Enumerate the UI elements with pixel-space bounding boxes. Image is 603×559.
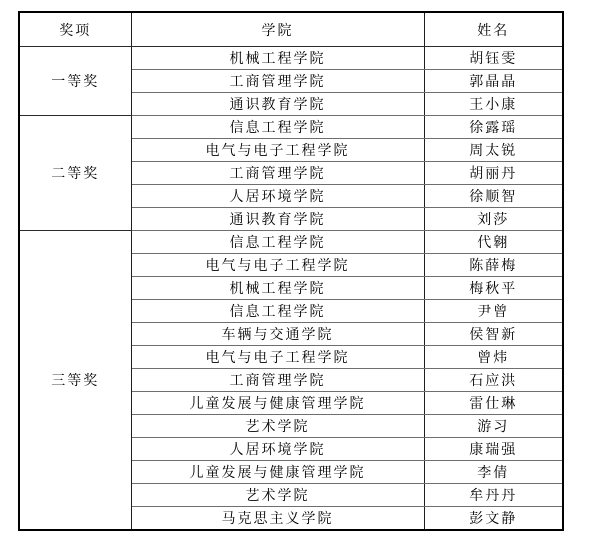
college-cell: 电气与电子工程学院 [131,139,424,162]
header-college: 学院 [131,12,424,47]
college-cell: 人居环境学院 [131,185,424,208]
college-cell: 工商管理学院 [131,369,424,392]
name-cell: 陈薛梅 [424,254,563,277]
name-cell: 康瑞强 [424,438,563,461]
college-cell: 信息工程学院 [131,300,424,323]
table-row: 三等奖信息工程学院代翱 [19,231,563,254]
college-cell: 信息工程学院 [131,231,424,254]
table-header-row: 奖项 学院 姓名 [19,12,563,47]
name-cell: 胡钰雯 [424,47,563,70]
header-name: 姓名 [424,12,563,47]
college-cell: 儿童发展与健康管理学院 [131,392,424,415]
table-body: 一等奖机械工程学院胡钰雯工商管理学院郭晶晶通识教育学院王小康二等奖信息工程学院徐… [19,47,563,531]
name-cell: 周太锐 [424,139,563,162]
name-cell: 徐露瑶 [424,116,563,139]
name-cell: 曾炜 [424,346,563,369]
college-cell: 电气与电子工程学院 [131,346,424,369]
college-cell: 艺术学院 [131,415,424,438]
college-cell: 通识教育学院 [131,93,424,116]
award-table: 奖项 学院 姓名 一等奖机械工程学院胡钰雯工商管理学院郭晶晶通识教育学院王小康二… [18,11,564,531]
college-cell: 工商管理学院 [131,162,424,185]
name-cell: 侯智新 [424,323,563,346]
college-cell: 艺术学院 [131,484,424,507]
header-award: 奖项 [19,12,131,47]
college-cell: 马克思主义学院 [131,507,424,531]
name-cell: 梅秋平 [424,277,563,300]
name-cell: 尹曾 [424,300,563,323]
award-cell: 一等奖 [19,47,131,116]
name-cell: 游习 [424,415,563,438]
college-cell: 人居环境学院 [131,438,424,461]
name-cell: 石应洪 [424,369,563,392]
name-cell: 郭晶晶 [424,70,563,93]
award-cell: 三等奖 [19,231,131,531]
name-cell: 彭文静 [424,507,563,531]
name-cell: 王小康 [424,93,563,116]
table-row: 一等奖机械工程学院胡钰雯 [19,47,563,70]
college-cell: 机械工程学院 [131,47,424,70]
name-cell: 胡丽丹 [424,162,563,185]
name-cell: 徐顺智 [424,185,563,208]
college-cell: 电气与电子工程学院 [131,254,424,277]
college-cell: 通识教育学院 [131,208,424,231]
table-row: 二等奖信息工程学院徐露瑶 [19,116,563,139]
name-cell: 雷仕琳 [424,392,563,415]
document-page: 奖项 学院 姓名 一等奖机械工程学院胡钰雯工商管理学院郭晶晶通识教育学院王小康二… [0,0,603,559]
name-cell: 刘莎 [424,208,563,231]
award-cell: 二等奖 [19,116,131,231]
name-cell: 李倩 [424,461,563,484]
name-cell: 代翱 [424,231,563,254]
college-cell: 工商管理学院 [131,70,424,93]
college-cell: 车辆与交通学院 [131,323,424,346]
name-cell: 牟丹丹 [424,484,563,507]
college-cell: 机械工程学院 [131,277,424,300]
college-cell: 儿童发展与健康管理学院 [131,461,424,484]
college-cell: 信息工程学院 [131,116,424,139]
